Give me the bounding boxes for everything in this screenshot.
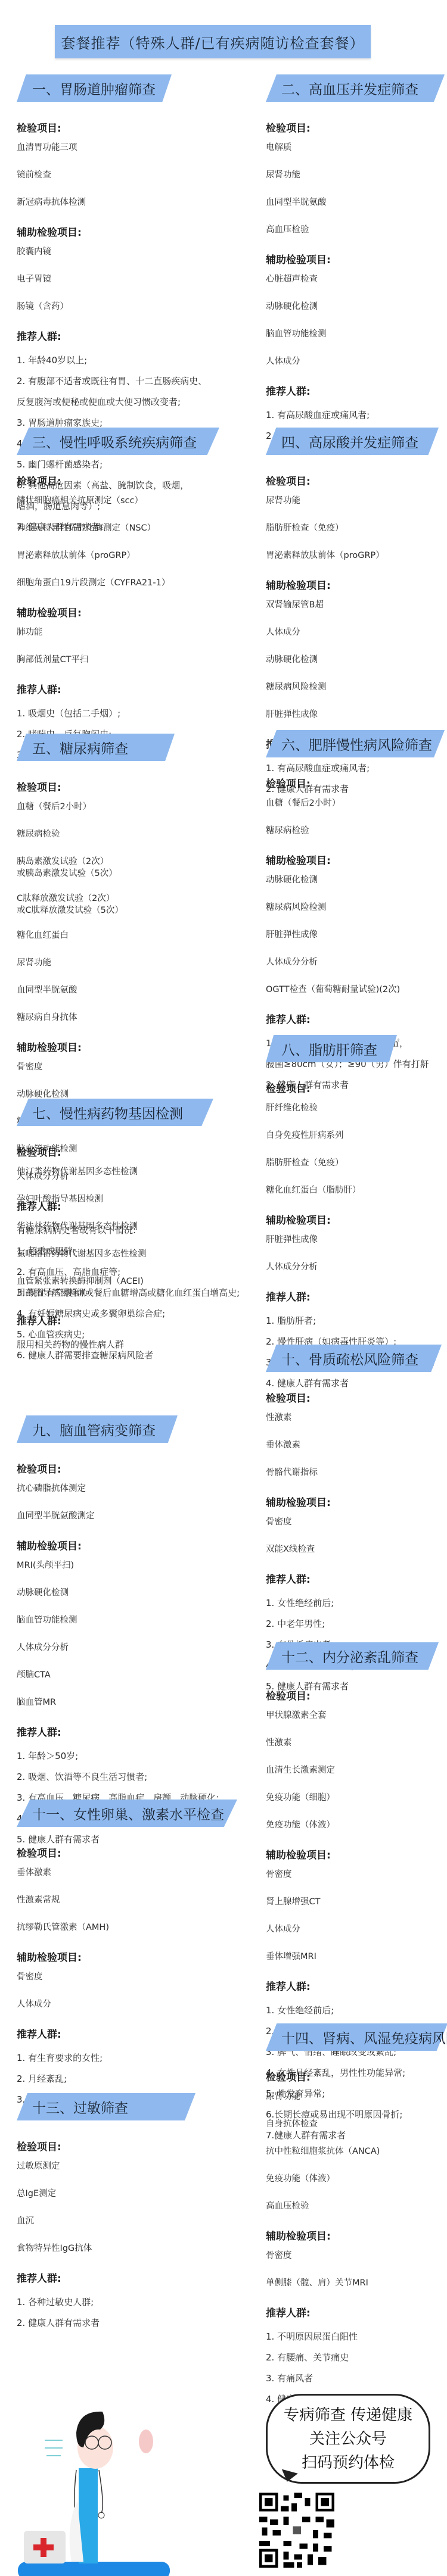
test-item: 电解质 (266, 142, 445, 154)
tests-label: 检验项目: (17, 779, 222, 794)
crowd-item: 2. 中老年男性; (266, 1614, 445, 1635)
crowd-item: 1. 女性绝经前后; (266, 1593, 445, 1614)
section-title: 五、糖尿病筛查 (17, 738, 128, 757)
crowd-item: 2. 吸烟、饮酒等不良生活习惯者; (17, 1767, 222, 1788)
aux-tests-label: 辅助检验项目: (17, 1949, 222, 1964)
qr-code-icon[interactable] (255, 2493, 339, 2568)
crowd-item: 1. 年龄40岁以上; (17, 350, 222, 371)
section-header: 十二、内分泌紊乱筛查 (266, 1642, 445, 1670)
tests-label: 检验项目: (17, 1461, 222, 1476)
test-item: 血清生长激素测定 (266, 1764, 445, 1776)
tests-label: 检验项目: (266, 1390, 445, 1405)
section-body: 九、脑血管病变筛查检验项目:抗心磷脂抗体测定血同型半胱氨酸测定辅助检验项目:MR… (17, 1415, 222, 1850)
aux-test-item: 肝脏弹性成像 (266, 709, 445, 721)
aux-tests-label: 辅助检验项目: (266, 1494, 445, 1509)
test-item: 神经元特异性烯醇化酶测定（NSC） (17, 522, 222, 534)
crowd-label: 推荐人群: (266, 2304, 445, 2319)
section-title: 十四、肾病、风湿免疫病风险筛查 (266, 2028, 447, 2047)
test-item: 孕妇叶酸指导基因检测 (17, 1193, 222, 1205)
aux-test-item: 肝脏弹性成像 (266, 929, 445, 941)
aux-tests-label: 辅助检验项目: (266, 2228, 445, 2243)
aux-test-item: 人体成分 (266, 1923, 445, 1935)
aux-tests-label: 辅助检验项目: (17, 1538, 222, 1552)
aux-test-item: 骨密度 (17, 1061, 222, 1073)
section-body: 三、慢性呼吸系统疾病筛查检验项目:鳞状细胞癌相关抗原测定（scc）神经元特异性烯… (17, 428, 222, 766)
test-item: 免疫功能（细胞） (266, 1792, 445, 1804)
crowd-label: 推荐人群: (266, 1289, 445, 1303)
aux-test-item: 人体成分 (266, 355, 445, 367)
aux-tests-label: 辅助检验项目: (266, 852, 445, 867)
section-body: 十一、女性卵巢、激素水平检查检验项目:垂体激素性激素常规抗缪勒氏管激素（AMH)… (17, 1800, 222, 2110)
test-item: 糖尿病检验 (17, 828, 222, 840)
aux-test-item: 脑血管MR (17, 1696, 222, 1708)
crowd-item: 2. 健康人群有需求者 (17, 2313, 222, 2334)
aux-test-item: 人体成分分析 (266, 956, 445, 968)
section-header: 十三、过敏筛查 (17, 2093, 222, 2120)
aux-test-item: 糖尿病风险检测 (266, 681, 445, 693)
crowd-label: 推荐人群: (17, 2026, 222, 2041)
crowd-label: 推荐人群: (17, 681, 222, 696)
test-item: 糖化血红蛋白 (17, 930, 222, 941)
test-item: 高血压检验 (266, 2200, 445, 2212)
test-item: 糖尿病检验 (266, 825, 445, 837)
crowd-item: 服用相关药物的慢性病人群 (17, 1334, 222, 1355)
aux-test-item: 人体成分分析 (17, 1642, 222, 1654)
section-header: 十四、肾病、风湿免疫病风险筛查 (266, 2023, 445, 2051)
section-title: 六、肥胖慢性病风险筛查 (266, 734, 432, 754)
section-header: 八、脂肪肝筛查 (266, 1035, 445, 1062)
section-title: 八、脂肪肝筛查 (266, 1039, 377, 1059)
test-item: 血糖（餐后2小时） (266, 797, 445, 809)
aux-tests-label: 辅助检验项目: (266, 1847, 445, 1861)
crowd-item: 1. 有高尿酸血症或痛风者; (266, 405, 445, 426)
test-item: 血清胃功能三项 (17, 142, 222, 154)
test-item: 高血压检验 (266, 224, 445, 236)
test-item: 性激素 (266, 1412, 445, 1424)
crowd-item: 1. 各种过敏史人群; (17, 2292, 222, 2313)
crowd-list: 服用相关药物的慢性病人群 (17, 1334, 222, 1355)
crowd-label: 推荐人群: (266, 383, 445, 398)
tests-label: 检验项目: (266, 473, 445, 488)
crowd-label: 推荐人群: (17, 1724, 222, 1739)
aux-test-item: 人体成分 (17, 1998, 222, 2010)
tests-label: 检验项目: (17, 1144, 222, 1159)
test-item: 自身抗体检查 (266, 2118, 445, 2130)
test-item: 免疫功能（体液） (266, 2173, 445, 2185)
tests-label: 检验项目: (17, 473, 222, 488)
page-title: 套餐推荐（特殊人群/已有疾病随访检查套餐） (55, 25, 371, 58)
test-item: 自身免疫性肝病系列 (266, 1130, 445, 1142)
section-body: 八、脂肪肝筛查检验项目:肝纤维化检验自身免疫性肝病系列脂肪肝检查（免疫）糖化血红… (266, 1035, 445, 1394)
aux-tests-label: 辅助检验项目: (17, 604, 222, 619)
section-header: 四、高尿酸并发症筛查 (266, 428, 445, 455)
crowd-item: 1. 不明原因尿蛋白阳性 (266, 2326, 445, 2347)
aux-test-item: 肾上腺增强CT (266, 1896, 445, 1908)
section-header: 一、胃肠道肿瘤筛查 (17, 74, 222, 102)
crowd-label: 推荐人群: (17, 328, 222, 343)
section-header: 十一、女性卵巢、激素水平检查 (17, 1800, 222, 1827)
test-item: 尿肾功能 (266, 495, 445, 507)
test-item: 尿肾功能 (266, 169, 445, 181)
aux-tests-label: 辅助检验项目: (17, 1039, 222, 1054)
section-title: 十二、内分泌紊乱筛查 (266, 1646, 418, 1666)
section-title: 十三、过敏筛查 (17, 2097, 128, 2117)
aux-test-item: 动脉硬化检测 (17, 1587, 222, 1599)
test-item: 新冠病毒抗体检测 (17, 197, 222, 208)
bubble-line-2: 关注公众号 (309, 2427, 387, 2451)
section-header: 十、骨质疏松风险筛查 (266, 1345, 445, 1372)
aux-test-item: 肺功能 (17, 626, 222, 638)
test-item: 血同型半胱氨酸 (17, 984, 222, 996)
test-item: 胰岛素激发试验（2次） 或胰岛素激发试验（5次） (17, 856, 222, 880)
aux-test-item: OGTT检查（葡萄糖耐量试验)(2次) (266, 984, 445, 996)
aux-test-item: 骨密度 (266, 1516, 445, 1528)
crowd-item: 1. 年龄＞50岁; (17, 1746, 222, 1767)
section-body: 十四、肾病、风湿免疫病风险筛查检验项目:尿肾功能自身抗体检查抗中性粒细胞浆抗体（… (266, 2023, 445, 2410)
tests-label: 检验项目: (266, 1688, 445, 1702)
aux-test-item: 动脉硬化检测 (266, 301, 445, 313)
test-item: 免疫功能（体液） (266, 1819, 445, 1831)
test-item: 鳞状细胞癌相关抗原测定（scc） (17, 495, 222, 507)
test-item: 华法林药物代谢基因多态性检测 (17, 1221, 222, 1233)
aux-test-item: 双能X线检查 (266, 1543, 445, 1555)
test-item: 性激素常规 (17, 1894, 222, 1906)
aux-test-item: 心脏超声检查 (266, 273, 445, 285)
test-item: 脂肪肝检查（免疫） (266, 1157, 445, 1169)
test-item: C肽释放激发试验（2次） 或C肽释放激发试验（5次） (17, 893, 222, 916)
crowd-item: 1. 女性绝经前后; (266, 2000, 445, 2021)
section-header: 六、肥胖慢性病风险筛查 (266, 730, 445, 757)
aux-tests-label: 辅助检验项目: (266, 577, 445, 592)
test-item: 抗心磷脂抗体测定 (17, 1483, 222, 1495)
test-item: 细胞角蛋白19片段测定（CYFRA21-1） (17, 577, 222, 589)
section-title: 十、骨质疏松风险筛查 (266, 1349, 418, 1368)
test-item: 氯吡格雷药物代谢基因多态性检测 (17, 1248, 222, 1260)
crowd-label: 推荐人群: (266, 1978, 445, 1993)
aux-test-item: 电子胃镜 (17, 273, 222, 285)
test-item: 血同型半胱氨酸 (266, 197, 445, 208)
section-header: 二、高血压并发症筛查 (266, 74, 445, 102)
test-item: 血沉 (17, 2215, 222, 2227)
aux-test-item: 胶囊内镜 (17, 246, 222, 258)
aux-tests-label: 辅助检验项目: (266, 251, 445, 266)
test-item: 垂体激素 (266, 1439, 445, 1451)
aux-test-item: 动脉硬化检测 (266, 654, 445, 666)
test-item: 镜前检查 (17, 169, 222, 181)
aux-test-item: 肝脏弹性成像 (266, 1234, 445, 1246)
section-title: 七、慢性病药物基因检测 (17, 1103, 183, 1122)
aux-tests-label: 辅助检验项目: (266, 1212, 445, 1227)
bubble-line-3: 扫码预约体检 (302, 2451, 395, 2475)
aux-test-item: 动脉硬化检测 (266, 874, 445, 886)
section-body: 十三、过敏筛查检验项目:过敏原测定总IgE测定血沉食物特异性IgG抗体推荐人群:… (17, 2093, 222, 2334)
crowd-item: 反复腹泻或便秘或便血或大便习惯改变者; (17, 392, 222, 413)
test-item: 他汀类药物代谢基因多态性检测 (17, 1166, 222, 1178)
section-title: 十一、女性卵巢、激素水平检查 (17, 1804, 224, 1823)
test-item: 血糖（餐后2小时） (17, 801, 222, 813)
doctor-illustration-icon (18, 2406, 232, 2576)
tests-label: 检验项目: (266, 775, 445, 790)
test-item: 抗缪勒氏管激素（AMH) (17, 1922, 222, 1933)
test-item: 糖尿病自身抗体 (17, 1012, 222, 1024)
test-item: 总IgE测定 (17, 2188, 222, 2200)
test-item: 抗中性粒细胞浆抗体（ANCA) (266, 2145, 445, 2157)
aux-test-item: 骨密度 (266, 1869, 445, 1880)
section-header: 九、脑血管病变筛查 (17, 1415, 222, 1443)
aux-test-item: 胸部低剂量CT平扫 (17, 654, 222, 666)
tests-label: 检验项目: (266, 120, 445, 135)
aux-test-item: 脑血管功能检测 (266, 328, 445, 340)
tests-label: 检验项目: (17, 1845, 222, 1860)
test-item: 过敏原测定 (17, 2160, 222, 2172)
section-body: 七、慢性病药物基因检测检验项目:他汀类药物代谢基因多态性检测孕妇叶酸指导基因检测… (17, 1099, 222, 1355)
crowd-item: 1. 有生育要求的女性; (17, 2048, 222, 2069)
crowd-label: 推荐人群: (17, 2270, 222, 2285)
test-item: 胃泌素释放肽前体（proGRP） (17, 550, 222, 562)
aux-test-item: 人体成分 (266, 626, 445, 638)
crowd-item: 2. 有腹部不适者或既往有胃、十二直肠疾病史、 (17, 371, 222, 392)
crowd-item: 1. 吸烟史（包括二手烟）; (17, 703, 222, 724)
speech-bubble: 专病筛查 传递健康 关注公众号 扫码预约体检 (266, 2394, 430, 2484)
crowd-label: 推荐人群: (17, 1312, 222, 1327)
section-header: 三、慢性呼吸系统疾病筛查 (17, 428, 222, 455)
test-item: 食物特异性IgG抗体 (17, 2243, 222, 2254)
test-item: 骨骼代谢指标 (266, 1467, 445, 1479)
aux-test-item: 糖尿病风险检测 (266, 902, 445, 913)
aux-test-item: 骨密度 (17, 1971, 222, 1983)
aux-test-item: 脑血管功能检测 (17, 1614, 222, 1626)
test-item: 糖化血红蛋白（脂肪肝） (266, 1184, 445, 1196)
section-body: 二、高血压并发症筛查检验项目:电解质尿肾功能血同型半胱氨酸高血压检验辅助检验项目… (266, 74, 445, 447)
test-item: 脂肪肝检查（免疫） (266, 522, 445, 534)
aux-tests-label: 辅助检验项目: (17, 224, 222, 239)
aux-test-item: 人体成分分析 (266, 1261, 445, 1273)
tests-label: 检验项目: (266, 2069, 445, 2084)
test-item: 性激素 (266, 1737, 445, 1749)
test-item: 血同型半胱氨酸测定 (17, 1510, 222, 1522)
test-item: 胃泌素释放肽前体（proGRP） (266, 550, 445, 562)
bubble-line-1: 专病筛查 传递健康 (284, 2403, 412, 2427)
test-item: 甲状腺激素全套 (266, 1710, 445, 1722)
crowd-label: 推荐人群: (266, 1571, 445, 1586)
tests-label: 检验项目: (266, 1080, 445, 1095)
aux-test-item: 垂体增强MRI (266, 1951, 445, 1963)
section-title: 四、高尿酸并发症筛查 (266, 432, 418, 451)
section-title: 一、胃肠道肿瘤筛查 (17, 79, 156, 98)
crowd-item: 1. 脂肪肝者; (266, 1311, 445, 1331)
aux-test-item: 双肾输尿管B超 (266, 599, 445, 611)
aux-test-item: 骨密度 (266, 2250, 445, 2262)
test-item: 尿肾功能 (266, 2091, 445, 2103)
aux-test-item: MRI(头颅平扫) (17, 1560, 222, 1571)
tests-label: 检验项目: (17, 120, 222, 135)
section-header: 七、慢性病药物基因检测 (17, 1099, 222, 1126)
footer-promo: 专病筛查 传递健康 关注公众号 扫码预约体检 (0, 2358, 447, 2576)
test-item: 尿肾功能 (17, 957, 222, 969)
aux-test-item: 颅脑CTA (17, 1669, 222, 1681)
aux-test-item: 单侧膝（髋、肩）关节MRI (266, 2277, 445, 2289)
test-item: 肝纤维化检验 (266, 1102, 445, 1114)
crowd-item: 2. 月经紊乱; (17, 2069, 222, 2090)
test-item: 垂体激素 (17, 1867, 222, 1879)
crowd-label: 推荐人群: (266, 1011, 445, 1026)
test-item: 血管紧张素转换酶抑制剂（ACEI) 用药指导基因检测 (17, 1275, 222, 1299)
section-header: 五、糖尿病筛查 (17, 734, 222, 761)
section-title: 三、慢性呼吸系统疾病筛查 (17, 432, 197, 451)
aux-test-item: 肠镜（含药） (17, 301, 222, 313)
section-title: 九、脑血管病变筛查 (17, 1420, 156, 1439)
crowd-list: 1. 各种过敏史人群;2. 健康人群有需求者 (17, 2292, 222, 2334)
section-title: 二、高血压并发症筛查 (266, 79, 418, 98)
tests-label: 检验项目: (17, 2138, 222, 2153)
